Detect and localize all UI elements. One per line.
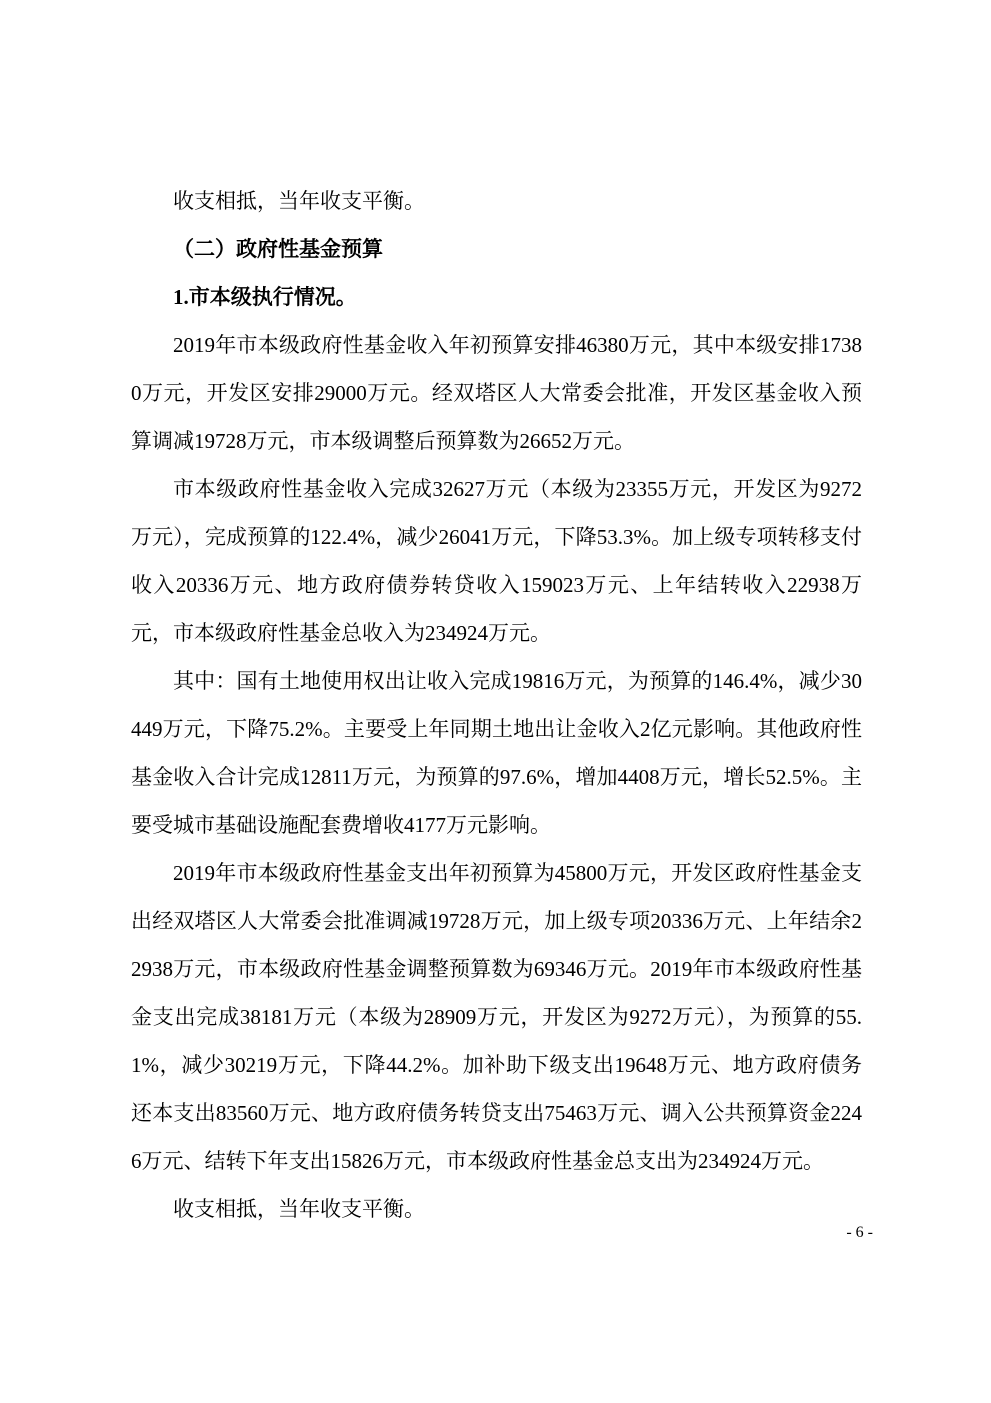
- paragraph-balance-bottom: 收支相抵，当年收支平衡。: [131, 1185, 862, 1233]
- paragraph-fund-expenditure: 2019年市本级政府性基金支出年初预算为45800万元，开发区政府性基金支出经双…: [131, 849, 862, 1185]
- page-number: - 6 -: [846, 1221, 873, 1245]
- document-body: 收支相抵，当年收支平衡。 （二）政府性基金预算 1.市本级执行情况。 2019年…: [131, 177, 862, 1233]
- section-heading-government-fund-budget: （二）政府性基金预算: [131, 225, 862, 273]
- paragraph-fund-revenue-budget: 2019年市本级政府性基金收入年初预算安排46380万元，其中本级安排17380…: [131, 321, 862, 465]
- paragraph-land-transfer-detail: 其中：国有土地使用权出让收入完成19816万元，为预算的146.4%，减少304…: [131, 657, 862, 849]
- document-page: 收支相抵，当年收支平衡。 （二）政府性基金预算 1.市本级执行情况。 2019年…: [0, 0, 991, 1403]
- sub-heading-city-level-execution: 1.市本级执行情况。: [131, 273, 862, 321]
- paragraph-fund-revenue-completion: 市本级政府性基金收入完成32627万元（本级为23355万元，开发区为9272万…: [131, 465, 862, 657]
- paragraph-balance-top: 收支相抵，当年收支平衡。: [131, 177, 862, 225]
